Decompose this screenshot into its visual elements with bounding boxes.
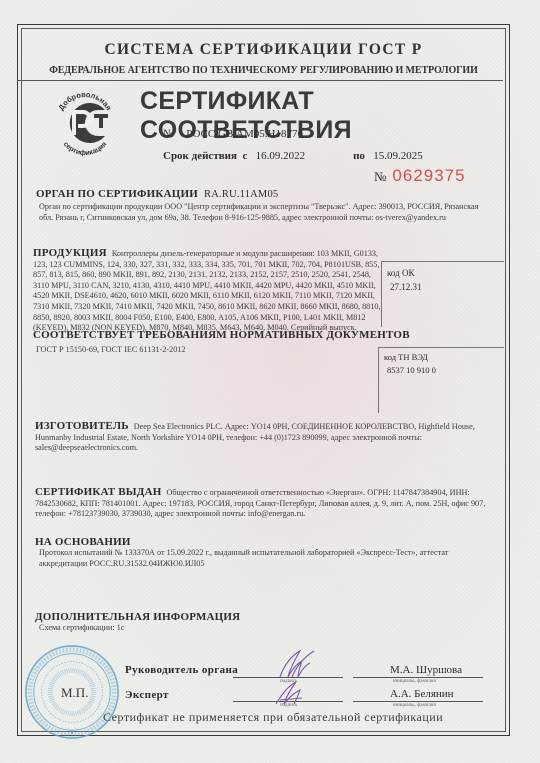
validity-line: Срок действия с 16.09.2022по 15.09.2025 (163, 150, 423, 162)
blank-serial-number: 0629375 (392, 166, 465, 185)
header-divider (18, 80, 503, 81)
stamp-place-label: М.П. (61, 685, 88, 701)
ok-code-value: 27.12.31 (390, 282, 422, 292)
valid-from: 16.09.2022 (256, 150, 306, 162)
to-label: по (353, 150, 365, 162)
ok-code-box: код ОК 27.12.31 (381, 261, 504, 327)
compliance-title: СООТВЕТСТВУЕТ ТРЕБОВАНИЯМ НОРМАТИВНЫХ ДО… (33, 329, 410, 341)
product-section: ПРОДУКЦИЯКонтроллеры дизель-генераторные… (33, 248, 385, 334)
head-name-caption: инициалы, фамилия (393, 679, 436, 684)
head-role-label: Руководитель органа (125, 664, 238, 676)
additional-info-section: ДОПОЛНИТЕЛЬНАЯ ИНФОРМАЦИЯ Схема сертифик… (35, 611, 497, 634)
issued-to-section: СЕРТИФИКАТ ВЫДАНОбщество с ограниченной … (35, 487, 497, 520)
compliance-standards: ГОСТ Р 15150-69, ГОСТ IEC 61131-2-2012 (36, 345, 186, 356)
rst-logo-icon: Добровольная сертификация (50, 88, 120, 158)
certificate-number: РОСС GB.АМ05.Н18776 (186, 128, 303, 140)
certificate-number-line: № РОСС GB.АМ05.Н18776 (163, 128, 303, 140)
validity-label: Срок действия (163, 150, 237, 162)
svg-text:★: ★ (69, 729, 74, 736)
basis-title: НА ОСНОВАНИИ (35, 536, 497, 548)
additional-info-title: ДОПОЛНИТЕЛЬНАЯ ИНФОРМАЦИЯ (35, 611, 497, 623)
certification-body-details: Орган по сертификации продукции ООО "Цен… (39, 202, 494, 223)
basis-details: Протокол испытаний № 133370А от 15.09.20… (39, 548, 497, 569)
certificate-frame: СИСТЕМА СЕРТИФИКАЦИИ ГОСТ Р ФЕДЕРАЛЬНОЕ … (17, 24, 510, 736)
tn-ved-label: код ТН ВЭД (384, 352, 428, 362)
certification-body-code: RA.RU.11АМ05 (204, 189, 278, 200)
tn-ved-value: 8537 10 910 0 (387, 365, 436, 375)
certification-scheme: Схема сертификации: 1с (39, 623, 497, 634)
serial-label: № (374, 169, 386, 184)
head-name-line (353, 677, 483, 678)
certification-body-section: ОРГАН ПО СЕРТИФИКАЦИИRA.RU.11АМ05 Орган … (36, 188, 494, 223)
issued-to-title: СЕРТИФИКАТ ВЫДАН (35, 486, 161, 498)
number-label: № (163, 128, 174, 140)
expert-name: А.А. Белянин (390, 688, 454, 700)
head-name: М.А. Шуршова (390, 664, 462, 676)
from-label: с (242, 150, 247, 162)
certification-body-title: ОРГАН ПО СЕРТИФИКАЦИИ (36, 188, 198, 200)
voluntary-certification-note: Сертификат не применяется при обязательн… (103, 710, 443, 725)
svg-text:сертификация: сертификация (62, 141, 109, 157)
expert-name-line (353, 701, 483, 702)
basis-section: НА ОСНОВАНИИ Протокол испытаний № 133370… (35, 536, 497, 569)
product-description: Контроллеры дизель-генераторные и модули… (33, 249, 381, 332)
product-title: ПРОДУКЦИЯ (33, 247, 107, 259)
valid-to: 15.09.2025 (373, 150, 423, 162)
head-signature-icon (262, 647, 332, 683)
manufacturer-title: ИЗГОТОВИТЕЛЬ (35, 420, 129, 432)
tn-ved-code-box: код ТН ВЭД 8537 10 910 0 (378, 347, 504, 413)
agency-heading: ФЕДЕРАЛЬНОЕ АГЕНТСТВО ПО ТЕХНИЧЕСКОМУ РЕ… (18, 65, 509, 76)
expert-name-caption: инициалы, фамилия (393, 703, 436, 708)
expert-role-label: Эксперт (125, 689, 169, 701)
ok-code-label: код ОК (387, 268, 415, 278)
expert-signature-icon (268, 680, 318, 708)
certification-system-heading: СИСТЕМА СЕРТИФИКАЦИИ ГОСТ Р (18, 41, 509, 59)
blank-serial-line: №0629375 (374, 166, 466, 186)
manufacturer-section: ИЗГОТОВИТЕЛЬDeep Sea Electronics PLC. Ад… (35, 421, 497, 454)
